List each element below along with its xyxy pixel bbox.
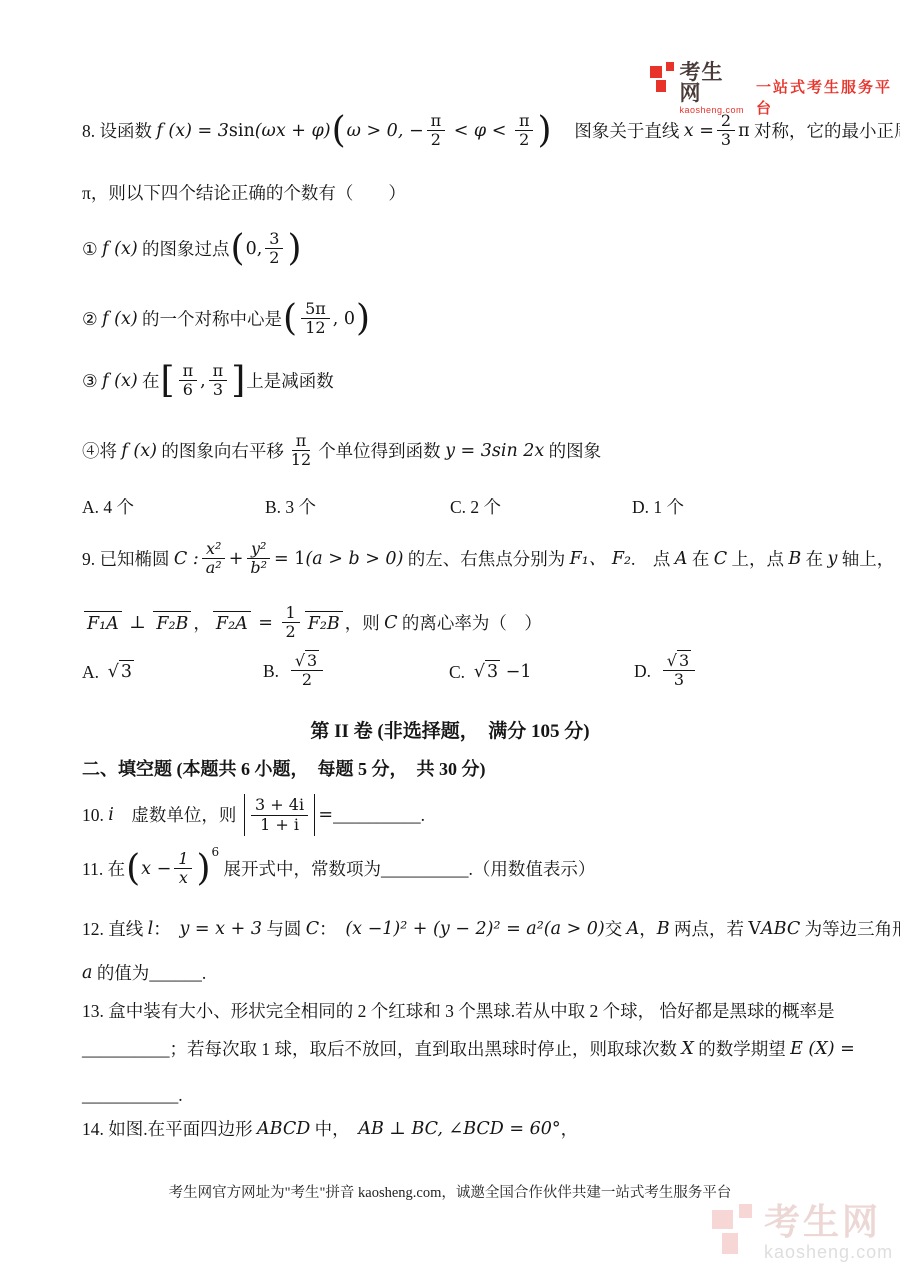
math-run: −1 [500, 661, 531, 684]
option-label: A. [82, 661, 108, 684]
denominator: 12 [301, 319, 329, 337]
math-run: (x −1)² + (y − 2)² = a² [345, 918, 543, 941]
fraction: 3 + 4i1 + i [251, 796, 308, 834]
radicand: 3 [305, 650, 319, 670]
statement-2: ② f (x) 的一个对称中心是 ( 5π12 , 0 ) [82, 300, 371, 338]
text-run: 两点，若 [670, 918, 749, 941]
text-run: 图象关于直线 [553, 120, 684, 143]
text-run: 在 [138, 370, 160, 393]
question-11: 11. 在 ( x − 1x ) 6 展开式中，常数项为 __________ … [82, 850, 595, 888]
fraction: √32 [291, 652, 323, 690]
text-run: ： [153, 918, 179, 941]
math-run: A [627, 918, 640, 941]
denominator: 3 [670, 671, 688, 689]
question-12-line-1: 12. 直线 l ： y = x + 3 与圆 C ： (x −1)² + (y… [82, 918, 900, 941]
fraction: y²b² [246, 540, 271, 578]
superscript: 6 [212, 845, 220, 861]
math-run: B [657, 918, 670, 941]
text-run: 的左、右焦点分别为 [403, 548, 569, 571]
radicand: 3 [677, 650, 691, 670]
vector: F₂B [305, 611, 343, 636]
math-run: (a > 0) [544, 918, 605, 941]
math-run: = [253, 612, 279, 635]
blank-line: ___________ [82, 1084, 178, 1107]
text-run: 展开式中，常数项为 [219, 858, 381, 881]
math-run: f (x) [121, 440, 157, 463]
option-label: D. [634, 660, 660, 683]
math-run: , [200, 370, 206, 393]
big-bracket: [ [161, 363, 175, 399]
option-label: D. 1 个 [632, 496, 684, 519]
numerator: √3 [291, 652, 323, 671]
question-9-line-2: F₁A ⊥ F₂B ， F₂A = 12 F₂B ，则 C 的离心率为（ ） [82, 604, 542, 642]
blank-line: __________ [82, 1038, 170, 1061]
text-run: 的一个对称中心是 [138, 308, 282, 331]
item-number: ③ [82, 370, 102, 393]
math-run: a [82, 962, 92, 985]
math-run: F₁、 F₂ [570, 548, 631, 571]
option-label: B. [263, 660, 288, 683]
blank-line: __________ [381, 858, 469, 881]
kaosheng-watermark-icon [712, 1204, 756, 1254]
text-run: 轴上， [837, 548, 894, 571]
radicand: 3 [485, 660, 500, 684]
sqrt-icon: √ [108, 661, 119, 684]
big-paren: ( [231, 231, 245, 267]
watermark-brand-name: 考生网 [764, 1204, 893, 1240]
text-run: 的离心率为（ ） [398, 612, 542, 635]
text-run: ，则 [345, 612, 384, 635]
text-run: 上，点 [727, 548, 788, 571]
big-paren: ( [332, 113, 346, 149]
fraction: √33 [663, 652, 695, 690]
numerator: x² [202, 540, 225, 559]
text-run: 与圆 [262, 918, 306, 941]
question-13-line-2: __________ ；若每次取 1 球，取后不放回，直到取出黑球时停止，则取球… [82, 1038, 855, 1061]
math-run: π [738, 120, 750, 143]
logo-block [739, 1204, 752, 1218]
denominator: 3 [209, 381, 227, 399]
numerator: 3 + 4i [251, 796, 308, 815]
question-12-line-2: a 的值为 ______ . [82, 962, 206, 985]
text-run: 9. 已知椭圆 [82, 548, 174, 571]
option-9-c: C. √3 −1 [449, 660, 531, 684]
text-run: 虚数单位，则 [114, 804, 241, 827]
question-10: 10. i 虚数单位，则 3 + 4i1 + i = __________ . [82, 794, 425, 836]
text-run: 13. 盒中装有大小、形状完全相同的 2 个红球和 3 个黑球.若从中取 2 个… [82, 1000, 835, 1023]
math-run: (ωx + φ) [255, 120, 331, 143]
numerator: π [292, 432, 311, 451]
math-run: ⊥ [124, 612, 152, 635]
math-run: f (x) [102, 370, 138, 393]
option-label: C. [449, 661, 474, 684]
math-run: V [748, 918, 761, 941]
question-8-line-1: 8. 设函数 f (x) = 3 sin (ωx + φ) ( ω > 0, −… [82, 112, 900, 150]
math-run: C [384, 612, 397, 635]
text-run: ；若每次取 1 球，取后不放回，直到取出黑球时停止，则取球次数 [170, 1038, 682, 1061]
section-2-title: 第 II 卷 (非选择题， 满分 105 分) [0, 720, 900, 745]
math-run: f (x) [102, 238, 138, 261]
abs-bar [314, 794, 315, 836]
option-8-a: A. 4 个 [82, 496, 134, 519]
math-run: C [306, 918, 319, 941]
denominator: a² [202, 559, 226, 577]
math-run: = 1 [274, 548, 305, 571]
denominator: 2 [282, 623, 300, 641]
math-run: f (x) = 3 [156, 120, 229, 143]
footer-text: 考生网官方网址为"考生"拼音 kaosheng.com，诚邀全国合作伙伴共建一站… [169, 1184, 732, 1203]
denominator: 12 [287, 451, 315, 469]
blank-line: __________ [333, 804, 421, 827]
denominator: 2 [515, 131, 533, 149]
text-run: . [421, 804, 425, 827]
text-run: 8. 设函数 [82, 120, 156, 143]
text-run: 的数学期望 [694, 1038, 790, 1061]
numerator: π [515, 112, 534, 131]
denominator: b² [246, 559, 271, 577]
fraction: 12 [282, 604, 300, 642]
text-run: 在 [687, 548, 713, 571]
big-paren: ) [287, 231, 301, 267]
math-run: 0, [246, 238, 263, 261]
question-9-line-1: 9. 已知椭圆 C : x²a² + y²b² = 1 (a > b > 0) … [82, 540, 894, 578]
vector: F₂A [213, 611, 251, 636]
math-run: y = 3sin 2x [445, 440, 544, 463]
denominator: 2 [298, 671, 316, 689]
fill-in-section-header: 二、填空题 (本题共 6 小题， 每题 5 分， 共 30 分) [82, 758, 486, 781]
math-run: = [318, 804, 333, 827]
numerator: 2 [717, 112, 735, 131]
math-run: C : [174, 548, 199, 571]
math-run: B [788, 548, 801, 571]
fraction: π2 [515, 112, 534, 150]
abs-bar [244, 794, 245, 836]
statement-1: ① f (x) 的图象过点 ( 0, 32 ) [82, 230, 303, 268]
item-number: ④将 [82, 440, 121, 463]
option-label: B. 3 个 [265, 496, 316, 519]
text-run: .（用数值表示） [469, 858, 596, 881]
text-run: ， [561, 1118, 579, 1141]
numerator: y² [247, 540, 270, 559]
section-title-text: 第 II 卷 (非选择题， 满分 105 分) [310, 720, 589, 745]
kaosheng-watermark: 考生网 kaosheng.com [712, 1204, 893, 1261]
option-8-b: B. 3 个 [265, 496, 316, 519]
option-label: C. 2 个 [450, 496, 501, 519]
math-run: ω > 0, − [347, 120, 424, 143]
text-run: 中， [310, 1118, 358, 1141]
question-8-line-2: π，则以下四个结论正确的个数有（ ） [82, 182, 406, 205]
item-number: ② [82, 308, 102, 331]
text-run: 上是减函数 [246, 370, 334, 393]
text-run: ： [319, 918, 345, 941]
text-run: 11. 在 [82, 858, 125, 881]
denominator: x [175, 869, 192, 887]
option-8-d: D. 1 个 [632, 496, 684, 519]
math-run: E (X) [790, 1038, 834, 1061]
statement-4: ④将 f (x) 的图象向右平移 π12 个单位得到函数 y = 3sin 2x… [82, 432, 601, 470]
math-run: (a > b > 0) [305, 548, 403, 571]
fraction: x²a² [202, 540, 226, 578]
logo-block [712, 1210, 733, 1229]
sqrt-icon: √ [295, 651, 305, 670]
big-paren: ) [196, 851, 210, 887]
kaosheng-logo-icon [650, 62, 674, 92]
denominator: 3 [717, 131, 735, 149]
numerator: 1 [282, 604, 300, 623]
big-paren: ( [126, 851, 140, 887]
big-paren: ( [283, 301, 297, 337]
numerator: 1 [174, 850, 192, 869]
text-run: ， [193, 612, 211, 635]
option-label: A. 4 个 [82, 496, 134, 519]
numerator: 5π [301, 300, 330, 319]
text-run: 14. 如图.在平面四边形 [82, 1118, 257, 1141]
math-run: x = [684, 120, 714, 143]
fraction: π6 [179, 362, 198, 400]
logo-brand-name: 考生网 [679, 62, 744, 104]
math-run: ABCD [257, 1118, 310, 1141]
text-run: . [178, 1084, 182, 1107]
text-run: 12. 直线 [82, 918, 148, 941]
option-9-d: D. √33 [634, 652, 698, 690]
option-9-a: A. √3 [82, 660, 134, 684]
radicand: 3 [119, 660, 134, 684]
text-run: π，则以下四个结论正确的个数有（ ） [82, 182, 406, 205]
vector: F₁A [84, 611, 122, 636]
fraction: π3 [209, 362, 228, 400]
text-run: 的值为 [92, 962, 149, 985]
math-run: = [835, 1038, 855, 1061]
fraction: 1x [174, 850, 192, 888]
option-8-c: C. 2 个 [450, 496, 501, 519]
text-run: 对称，它的最小正周期是 [750, 120, 900, 143]
math-run: ABC [761, 918, 800, 941]
text-run: 为等边三角形，则 [800, 918, 900, 941]
text-run: ， [639, 918, 657, 941]
denominator: 1 + i [256, 816, 303, 834]
denominator: 2 [265, 249, 283, 267]
denominator: 6 [179, 381, 197, 399]
text-run: . [202, 962, 206, 985]
math-run: AB ⊥ BC, ∠BCD = 60° [358, 1118, 560, 1141]
fraction: π2 [427, 112, 446, 150]
math-run: sin [229, 120, 255, 143]
math-run: < φ < [448, 120, 512, 143]
big-bracket: ] [231, 363, 245, 399]
text-run: 交 [605, 918, 627, 941]
logo-block [656, 80, 666, 92]
watermark-domain: kaosheng.com [764, 1243, 893, 1261]
numerator: π [209, 362, 228, 381]
exam-page: 考生网 kaosheng.com 一站式考生服务平台 8. 设函数 f (x) … [0, 0, 900, 1273]
sqrt-icon: √ [474, 661, 485, 684]
fraction: 23 [717, 112, 735, 150]
question-14: 14. 如图.在平面四边形 ABCD 中， AB ⊥ BC, ∠BCD = 60… [82, 1118, 578, 1141]
text-run: 的图象 [544, 440, 601, 463]
question-13-line-1: 13. 盒中装有大小、形状完全相同的 2 个红球和 3 个黑球.若从中取 2 个… [82, 1000, 835, 1023]
sqrt-icon: √ [667, 651, 677, 670]
numerator: √3 [663, 652, 695, 671]
fraction: 5π12 [301, 300, 330, 338]
math-run: C [714, 548, 727, 571]
math-run: , 0 [333, 308, 355, 331]
kaosheng-logo: 考生网 kaosheng.com 一站式考生服务平台 [650, 62, 900, 118]
logo-block [722, 1233, 738, 1254]
vector: F₂B [153, 611, 191, 636]
text-run: 的图象向右平移 [157, 440, 284, 463]
text-run: 在 [801, 548, 827, 571]
fraction: 32 [265, 230, 283, 268]
numerator: 3 [265, 230, 283, 249]
math-run: y [827, 548, 837, 571]
numerator: π [427, 112, 446, 131]
text-run: 个单位得到函数 [318, 440, 445, 463]
math-run: A [675, 548, 688, 571]
blank-line: ______ [149, 962, 202, 985]
math-run: X [681, 1038, 693, 1061]
logo-block [650, 66, 662, 78]
text-run: 的图象过点 [138, 238, 230, 261]
numerator: π [179, 362, 198, 381]
math-run: f (x) [102, 308, 138, 331]
math-run: y = x + 3 [179, 918, 261, 941]
text-run: 10. [82, 804, 108, 827]
fraction: π12 [287, 432, 315, 470]
math-run: + [229, 548, 244, 571]
math-run: x − [141, 858, 171, 881]
logo-block [666, 62, 674, 71]
text-run: . 点 [631, 548, 675, 571]
denominator: 2 [427, 131, 445, 149]
statement-3: ③ f (x) 在 [ π6 , π3 ] 上是减函数 [82, 362, 334, 400]
question-13-line-3: ___________ . [82, 1084, 183, 1107]
option-9-b: B. √32 [263, 652, 326, 690]
item-number: ① [82, 238, 102, 261]
big-paren: ) [537, 113, 551, 149]
section-header-text: 二、填空题 (本题共 6 小题， 每题 5 分， 共 30 分) [82, 758, 486, 781]
big-paren: ) [356, 301, 370, 337]
